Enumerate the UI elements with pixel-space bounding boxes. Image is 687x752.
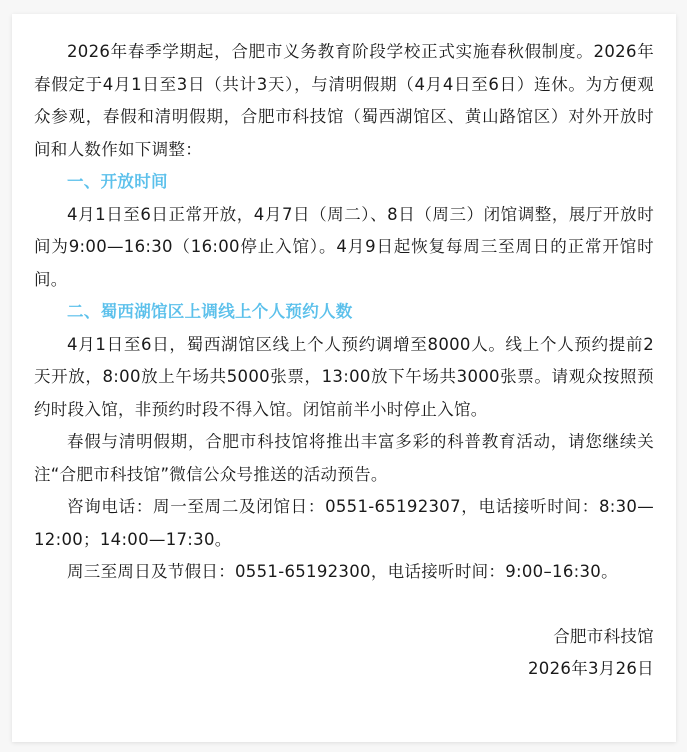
activities-paragraph: 春假与清明假期，合肥市科技馆将推出丰富多彩的科普教育活动，请您继续关注“合肥市科… xyxy=(34,426,654,491)
section-heading-opening-hours: 一、开放时间 xyxy=(34,166,654,199)
signature-date: 2026年3月26日 xyxy=(34,653,654,686)
contact-paragraph-weekday: 咨询电话：周一至周二及闭馆日：0551-65192307，电话接听时间：8:30… xyxy=(34,491,654,556)
signature-spacer xyxy=(34,589,654,621)
signature-org: 合肥市科技馆 xyxy=(34,621,654,654)
intro-paragraph: 2026年春季学期起，合肥市义务教育阶段学校正式实施春秋假制度。2026年春假定… xyxy=(34,36,654,166)
section-body-opening-hours: 4月1日至6日正常开放，4月7日（周二）、8日（周三）闭馆调整，展厅开放时间为9… xyxy=(34,199,654,297)
contact-paragraph-weekend: 周三至周日及节假日：0551-65192300，电话接听时间：9:00–16:3… xyxy=(34,556,654,589)
section-heading-reservation: 二、蜀西湖馆区上调线上个人预约人数 xyxy=(34,296,654,329)
notice-card: 2026年春季学期起，合肥市义务教育阶段学校正式实施春秋假制度。2026年春假定… xyxy=(12,14,676,742)
section-body-reservation: 4月1日至6日，蜀西湖馆区线上个人预约调增至8000人。线上个人预约提前2天开放… xyxy=(34,329,654,427)
